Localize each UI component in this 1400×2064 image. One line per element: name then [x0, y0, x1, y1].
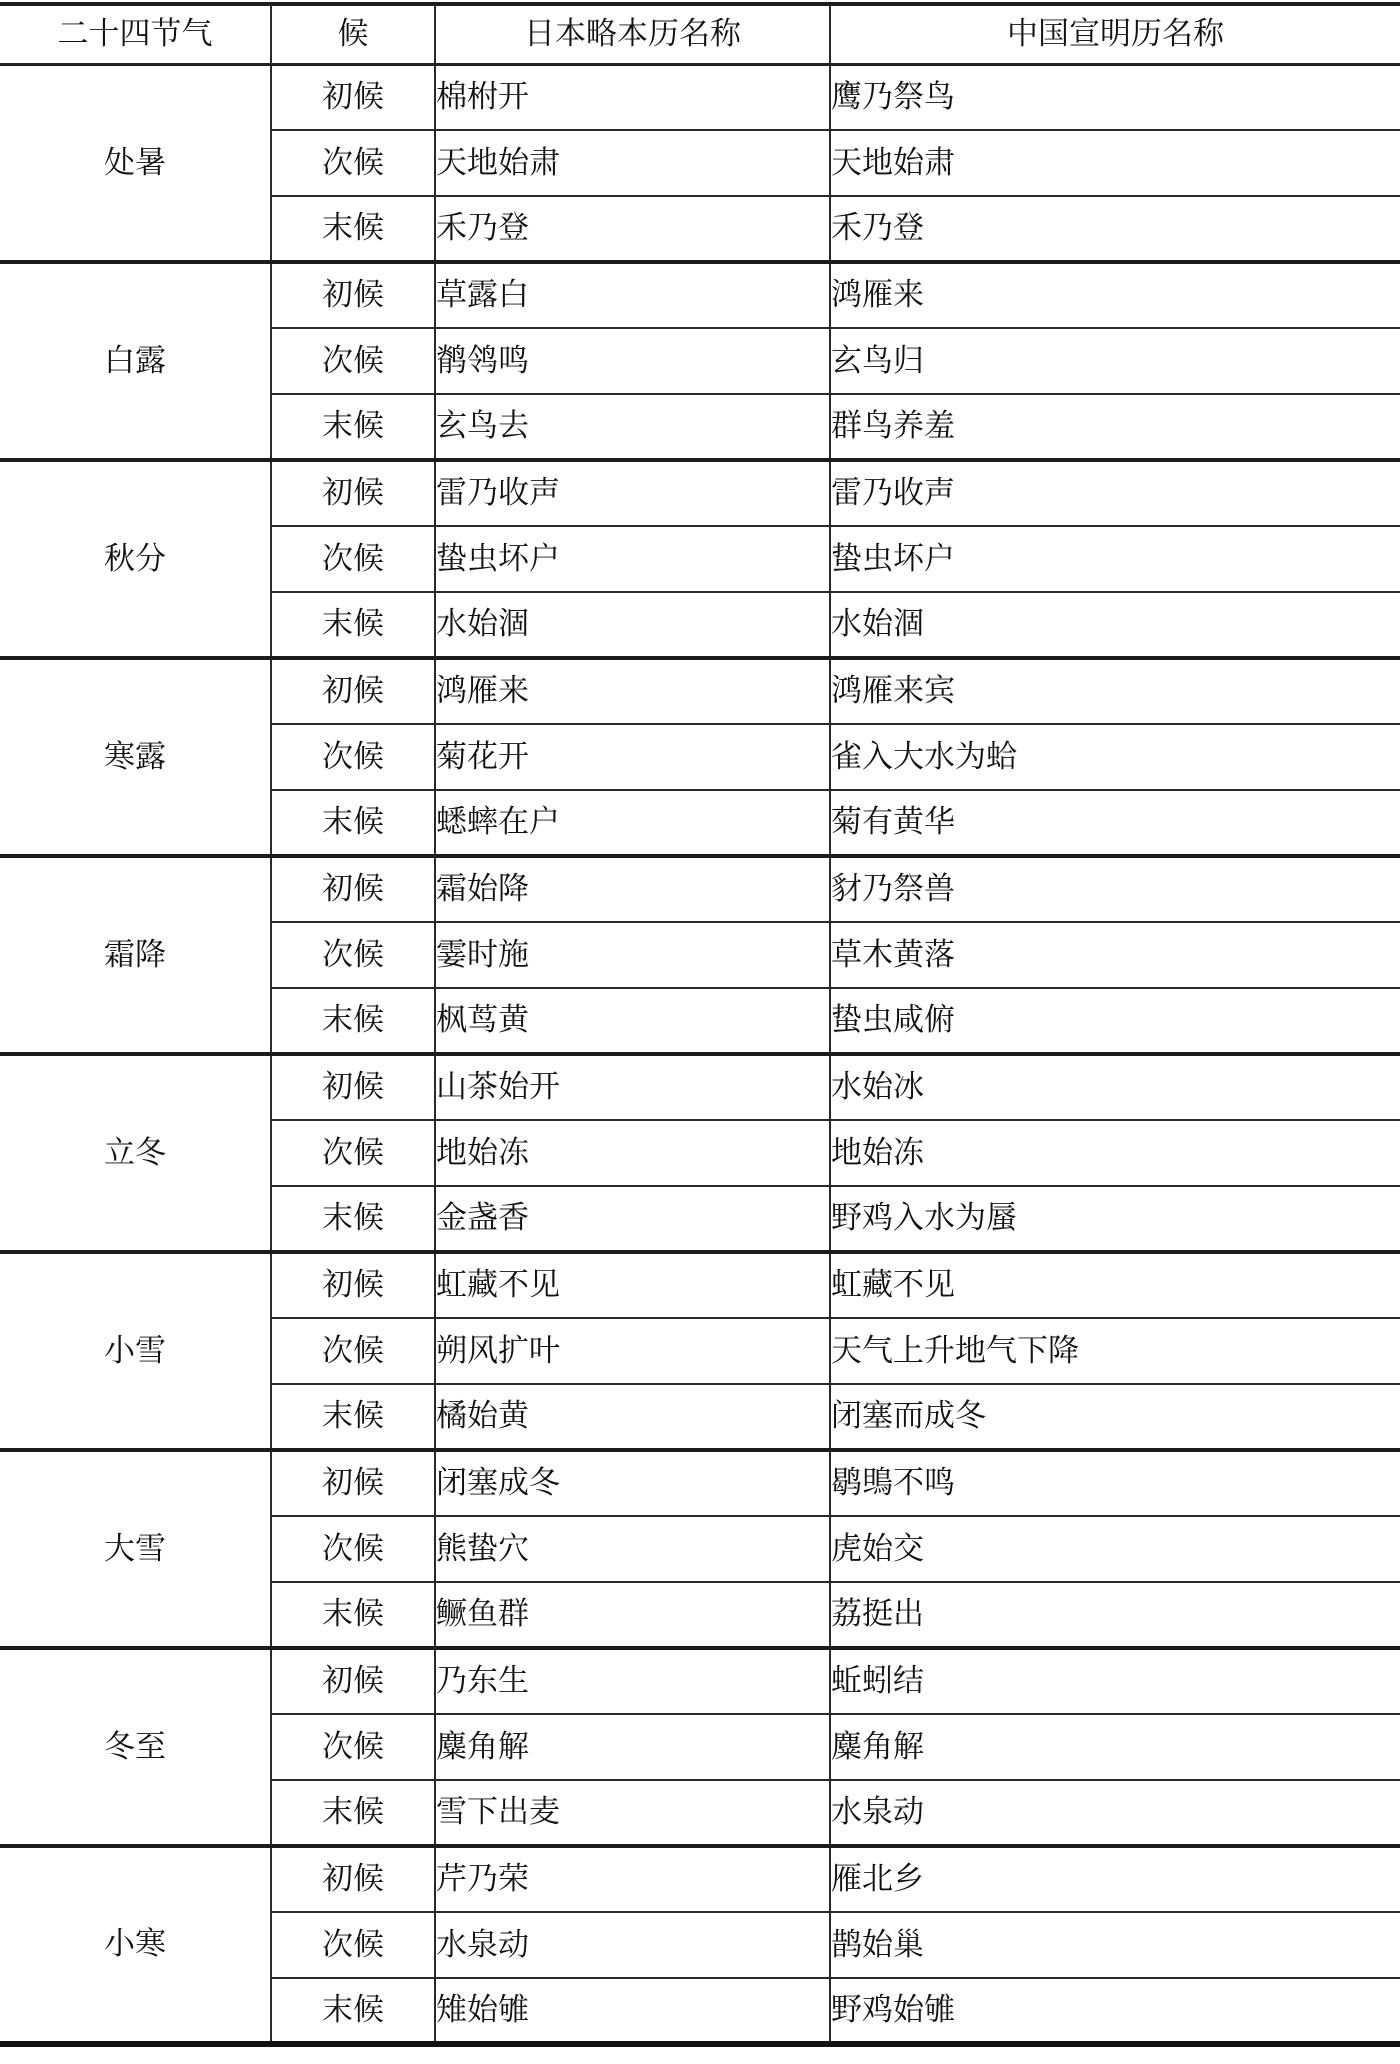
chinese-name-cell: 菊有黄华 — [830, 790, 1400, 856]
japanese-name-cell: 鹡鸰鸣 — [435, 328, 830, 394]
japanese-name-cell: 雉始雊 — [435, 1978, 830, 2044]
solar-term-cell: 白露 — [0, 262, 271, 460]
solar-term-cell: 大雪 — [0, 1450, 271, 1648]
japanese-name-cell: 橘始黄 — [435, 1384, 830, 1450]
pentad-cell: 次候 — [271, 1120, 435, 1186]
solar-term-cell: 处暑 — [0, 64, 271, 262]
pentad-cell: 末候 — [271, 1582, 435, 1648]
japanese-name-cell: 蛰虫坏户 — [435, 526, 830, 592]
chinese-name-cell: 鹰乃祭鸟 — [830, 64, 1400, 130]
table-header: 二十四节气 候 日本略本历名称 中国宣明历名称 — [0, 4, 1400, 64]
japanese-name-cell: 金盏香 — [435, 1186, 830, 1252]
japanese-name-cell: 蟋蟀在户 — [435, 790, 830, 856]
chinese-name-cell: 豺乃祭兽 — [830, 856, 1400, 922]
japanese-name-cell: 菊花开 — [435, 724, 830, 790]
table-row: 处暑初候棉柎开鹰乃祭鸟 — [0, 64, 1400, 130]
japanese-name-cell: 地始冻 — [435, 1120, 830, 1186]
solar-term-cell: 小雪 — [0, 1252, 271, 1450]
pentad-cell: 初候 — [271, 1252, 435, 1318]
column-header-japanese-calendar: 日本略本历名称 — [435, 4, 830, 64]
chinese-name-cell: 麋角解 — [830, 1714, 1400, 1780]
solar-terms-table-body: 处暑初候棉柎开鹰乃祭鸟次候天地始肃天地始肃末候禾乃登禾乃登白露初候草露白鸿雁来次… — [0, 64, 1400, 2044]
table-row: 秋分初候雷乃收声雷乃收声 — [0, 460, 1400, 526]
pentad-cell: 末候 — [271, 1384, 435, 1450]
pentad-cell: 初候 — [271, 460, 435, 526]
japanese-name-cell: 雷乃收声 — [435, 460, 830, 526]
chinese-name-cell: 雀入大水为蛤 — [830, 724, 1400, 790]
chinese-name-cell: 鸿雁来 — [830, 262, 1400, 328]
pentad-cell: 初候 — [271, 1450, 435, 1516]
japanese-name-cell: 闭塞成冬 — [435, 1450, 830, 1516]
chinese-name-cell: 雷乃收声 — [830, 460, 1400, 526]
pentad-cell: 初候 — [271, 856, 435, 922]
chinese-name-cell: 天地始肃 — [830, 130, 1400, 196]
solar-term-cell: 小寒 — [0, 1846, 271, 2044]
chinese-name-cell: 野鸡始雊 — [830, 1978, 1400, 2044]
japanese-name-cell: 霎时施 — [435, 922, 830, 988]
japanese-name-cell: 棉柎开 — [435, 64, 830, 130]
pentad-cell: 末候 — [271, 394, 435, 460]
chinese-name-cell: 闭塞而成冬 — [830, 1384, 1400, 1450]
solar-term-cell: 冬至 — [0, 1648, 271, 1846]
japanese-name-cell: 麋角解 — [435, 1714, 830, 1780]
chinese-name-cell: 水泉动 — [830, 1780, 1400, 1846]
japanese-name-cell: 朔风扩叶 — [435, 1318, 830, 1384]
pentad-cell: 初候 — [271, 64, 435, 130]
pentad-cell: 次候 — [271, 1714, 435, 1780]
chinese-name-cell: 地始冻 — [830, 1120, 1400, 1186]
chinese-name-cell: 雁北乡 — [830, 1846, 1400, 1912]
chinese-name-cell: 野鸡入水为蜃 — [830, 1186, 1400, 1252]
japanese-name-cell: 水始涸 — [435, 592, 830, 658]
pentad-cell: 初候 — [271, 262, 435, 328]
table-row: 白露初候草露白鸿雁来 — [0, 262, 1400, 328]
column-header-pentad: 候 — [271, 4, 435, 64]
pentad-cell: 末候 — [271, 790, 435, 856]
table-row: 寒露初候鸿雁来鸿雁来宾 — [0, 658, 1400, 724]
pentad-cell: 次候 — [271, 526, 435, 592]
japanese-name-cell: 玄鸟去 — [435, 394, 830, 460]
header-row: 二十四节气 候 日本略本历名称 中国宣明历名称 — [0, 4, 1400, 64]
japanese-name-cell: 草露白 — [435, 262, 830, 328]
chinese-name-cell: 群鸟养羞 — [830, 394, 1400, 460]
chinese-name-cell: 鹖鴠不鸣 — [830, 1450, 1400, 1516]
japanese-name-cell: 禾乃登 — [435, 196, 830, 262]
japanese-name-cell: 虹藏不见 — [435, 1252, 830, 1318]
chinese-name-cell: 虹藏不见 — [830, 1252, 1400, 1318]
chinese-name-cell: 鹊始巢 — [830, 1912, 1400, 1978]
pentad-cell: 次候 — [271, 922, 435, 988]
pentad-cell: 末候 — [271, 1186, 435, 1252]
table-row: 小寒初候芹乃荣雁北乡 — [0, 1846, 1400, 1912]
pentad-cell: 末候 — [271, 592, 435, 658]
chinese-name-cell: 草木黄落 — [830, 922, 1400, 988]
pentad-cell: 末候 — [271, 196, 435, 262]
chinese-name-cell: 天气上升地气下降 — [830, 1318, 1400, 1384]
table-row: 冬至初候乃东生蚯蚓结 — [0, 1648, 1400, 1714]
pentad-cell: 末候 — [271, 1780, 435, 1846]
pentad-cell: 次候 — [271, 1912, 435, 1978]
japanese-name-cell: 鳜鱼群 — [435, 1582, 830, 1648]
table-row: 小雪初候虹藏不见虹藏不见 — [0, 1252, 1400, 1318]
chinese-name-cell: 水始冰 — [830, 1054, 1400, 1120]
japanese-name-cell: 霜始降 — [435, 856, 830, 922]
japanese-name-cell: 熊蛰穴 — [435, 1516, 830, 1582]
pentad-cell: 初候 — [271, 1648, 435, 1714]
pentad-cell: 次候 — [271, 724, 435, 790]
pentad-cell: 次候 — [271, 130, 435, 196]
pentad-cell: 初候 — [271, 1846, 435, 1912]
pentad-cell: 初候 — [271, 658, 435, 724]
pentad-cell: 次候 — [271, 1318, 435, 1384]
pentad-cell: 末候 — [271, 1978, 435, 2044]
chinese-name-cell: 鸿雁来宾 — [830, 658, 1400, 724]
japanese-name-cell: 芹乃荣 — [435, 1846, 830, 1912]
chinese-name-cell: 虎始交 — [830, 1516, 1400, 1582]
pentad-cell: 末候 — [271, 988, 435, 1054]
chinese-name-cell: 蛰虫坏户 — [830, 526, 1400, 592]
chinese-name-cell: 蚯蚓结 — [830, 1648, 1400, 1714]
japanese-name-cell: 乃东生 — [435, 1648, 830, 1714]
japanese-name-cell: 鸿雁来 — [435, 658, 830, 724]
table-row: 大雪初候闭塞成冬鹖鴠不鸣 — [0, 1450, 1400, 1516]
column-header-solar-term: 二十四节气 — [0, 4, 271, 64]
japanese-name-cell: 雪下出麦 — [435, 1780, 830, 1846]
table-row: 霜降初候霜始降豺乃祭兽 — [0, 856, 1400, 922]
japanese-name-cell: 枫茑黄 — [435, 988, 830, 1054]
chinese-name-cell: 禾乃登 — [830, 196, 1400, 262]
chinese-name-cell: 水始涸 — [830, 592, 1400, 658]
japanese-name-cell: 天地始肃 — [435, 130, 830, 196]
solar-terms-table: 二十四节气 候 日本略本历名称 中国宣明历名称 处暑初候棉柎开鹰乃祭鸟次候天地始… — [0, 2, 1400, 2047]
solar-term-cell: 霜降 — [0, 856, 271, 1054]
chinese-name-cell: 荔挺出 — [830, 1582, 1400, 1648]
pentad-cell: 次候 — [271, 328, 435, 394]
pentad-cell: 初候 — [271, 1054, 435, 1120]
japanese-name-cell: 山茶始开 — [435, 1054, 830, 1120]
column-header-chinese-calendar: 中国宣明历名称 — [830, 4, 1400, 64]
pentad-cell: 次候 — [271, 1516, 435, 1582]
solar-term-cell: 寒露 — [0, 658, 271, 856]
solar-term-cell: 秋分 — [0, 460, 271, 658]
chinese-name-cell: 蛰虫咸俯 — [830, 988, 1400, 1054]
chinese-name-cell: 玄鸟归 — [830, 328, 1400, 394]
solar-term-cell: 立冬 — [0, 1054, 271, 1252]
table-row: 立冬初候山茶始开水始冰 — [0, 1054, 1400, 1120]
japanese-name-cell: 水泉动 — [435, 1912, 830, 1978]
